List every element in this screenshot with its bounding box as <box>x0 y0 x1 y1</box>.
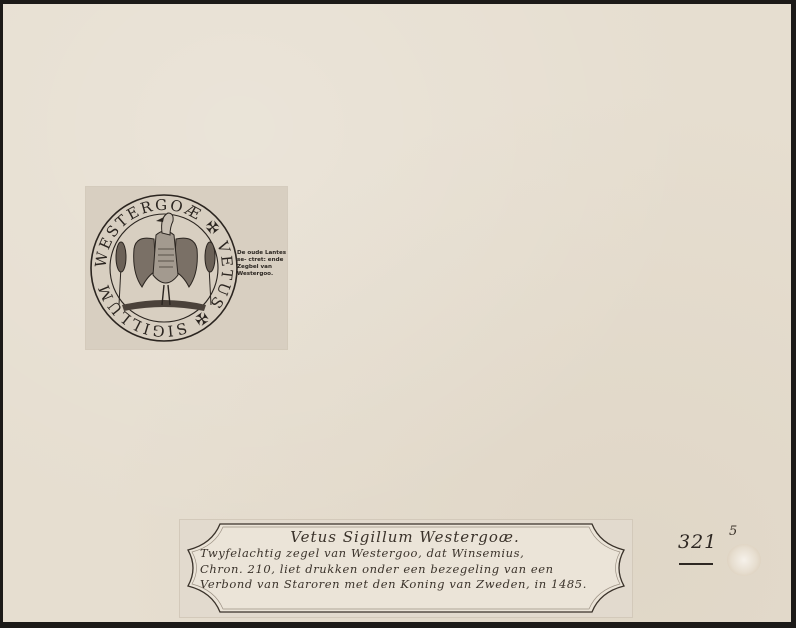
caption-line: Twyfelachtig zegel van Westergoo, dat Wi… <box>200 546 610 562</box>
seal-clipping: WESTERGOÆ ✠ VETUS ✠ SIGILLUM ✠ <box>86 187 287 349</box>
catalog-number: 321 <box>678 531 717 553</box>
caption-line: Verbond van Staroren met den Koning van … <box>200 577 610 593</box>
caption-line: Chron. 210, liet drukken onder een bezeg… <box>200 562 610 578</box>
caption-title: Vetus Sigillum Westergoæ. <box>200 528 610 546</box>
seal-side-note: De oude Lantes se- ctret: ende Zegbel va… <box>237 250 287 278</box>
catalog-number-underline <box>679 563 713 565</box>
catalog-number-superscript: 5 <box>729 524 737 539</box>
mount-sheet: WESTERGOÆ ✠ VETUS ✠ SIGILLUM ✠ <box>3 4 791 622</box>
paper-stain <box>727 544 761 576</box>
caption-label: Vetus Sigillum Westergoæ. Twyfelachtig z… <box>179 519 633 618</box>
caption-text: Vetus Sigillum Westergoæ. Twyfelachtig z… <box>200 528 610 593</box>
